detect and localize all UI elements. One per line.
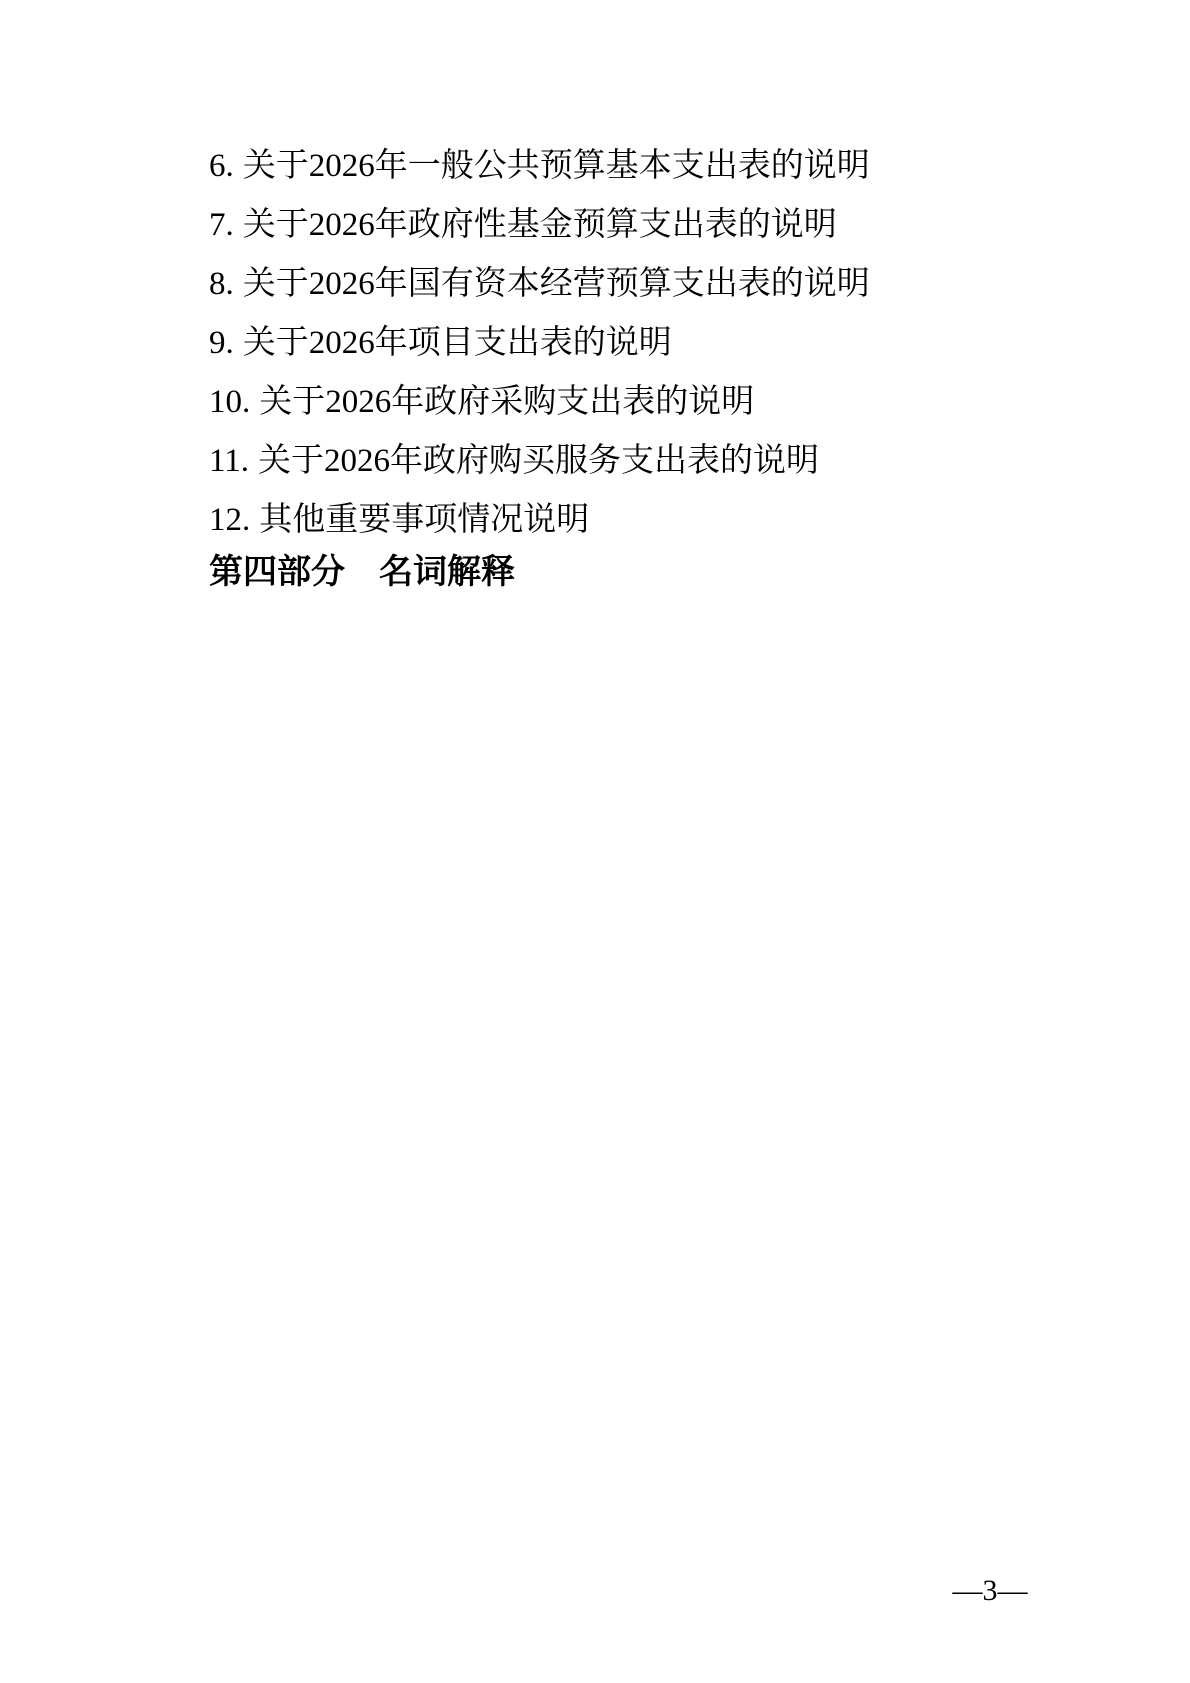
toc-item-number: 6. bbox=[209, 137, 234, 196]
toc-item: 9.关于2026年项目支出表的说明 bbox=[209, 314, 870, 373]
toc-item-number: 11. bbox=[209, 432, 249, 491]
table-of-contents: 6.关于2026年一般公共预算基本支出表的说明 7.关于2026年政府性基金预算… bbox=[209, 137, 870, 595]
toc-item: 10.关于2026年政府采购支出表的说明 bbox=[209, 373, 870, 432]
toc-item-text: 关于2026年国有资本经营预算支出表的说明 bbox=[243, 266, 870, 302]
toc-item: 12.其他重要事项情况说明 bbox=[209, 491, 870, 550]
toc-item-text: 其他重要事项情况说明 bbox=[259, 502, 589, 538]
toc-item-number: 8. bbox=[209, 255, 234, 314]
page-number: —3— bbox=[930, 1573, 1050, 1609]
toc-item-text: 关于2026年项目支出表的说明 bbox=[243, 325, 672, 361]
toc-item: 7.关于2026年政府性基金预算支出表的说明 bbox=[209, 196, 870, 255]
toc-item: 11.关于2026年政府购买服务支出表的说明 bbox=[209, 432, 870, 491]
toc-item-text: 关于2026年一般公共预算基本支出表的说明 bbox=[243, 148, 870, 184]
toc-item-number: 9. bbox=[209, 314, 234, 373]
toc-item-text: 关于2026年政府采购支出表的说明 bbox=[259, 384, 754, 420]
toc-item-number: 12. bbox=[209, 491, 250, 550]
toc-item-text: 关于2026年政府购买服务支出表的说明 bbox=[258, 443, 819, 479]
document-page: 6.关于2026年一般公共预算基本支出表的说明 7.关于2026年政府性基金预算… bbox=[0, 0, 1190, 1683]
toc-item: 6.关于2026年一般公共预算基本支出表的说明 bbox=[209, 137, 870, 196]
toc-item-number: 10. bbox=[209, 373, 250, 432]
toc-item: 8.关于2026年国有资本经营预算支出表的说明 bbox=[209, 255, 870, 314]
section-heading: 第四部分 名词解释 bbox=[209, 550, 870, 595]
toc-item-text: 关于2026年政府性基金预算支出表的说明 bbox=[243, 207, 837, 243]
toc-item-number: 7. bbox=[209, 196, 234, 255]
